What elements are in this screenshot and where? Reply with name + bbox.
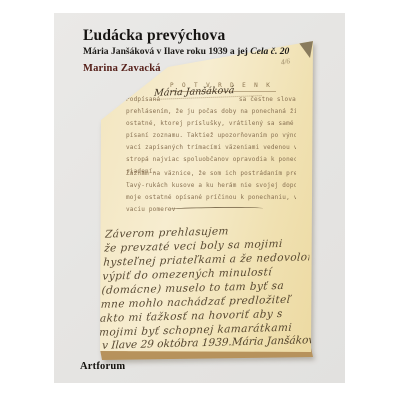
typed-paragraph-1: Podpísaná sa čestne slova prehlásením, ž… (126, 94, 296, 178)
book-subtitle: Mária Janšáková v Ilave roku 1939 a jej … (83, 46, 289, 57)
paper-sheet: 4/6 P O T V R D E N K A Podpísaná sa čes… (98, 39, 318, 369)
typed-line: Záznam na väznice, že som ich postrádaní… (126, 168, 296, 180)
typed-line: stropá najviac spoluobčanov opravodia k … (126, 154, 296, 166)
author-name: Marina Zavacká (83, 63, 161, 74)
typed-line: vací zapísaných trímacími väzeniami vede… (126, 142, 296, 154)
typed-line: písaní zoznamu. Taktiež upozorňovaním po… (126, 130, 296, 142)
handwritten-statement: Záverom prehlasujem že prevzaté veci bol… (99, 222, 312, 340)
book-cover-image: 4/6 P O T V R D E N K A Podpísaná sa čes… (0, 0, 400, 400)
typed-line: ostatné, ktorej príslušky, vrátilený sa … (126, 118, 296, 130)
cover-background: 4/6 P O T V R D E N K A Podpísaná sa čes… (54, 13, 345, 383)
handwritten-date: v Ilave 29 októbra 1939. (102, 336, 233, 351)
publisher-logo: Artforum (80, 361, 125, 372)
archival-document: 4/6 P O T V R D E N K A Podpísaná sa čes… (98, 39, 318, 369)
handwritten-signature: Mária Janšáková (231, 334, 320, 348)
subtitle-italic: Cela č. 20 (250, 46, 289, 57)
book-title: Ľudácka prevýchova (83, 27, 225, 45)
typed-line: prehlásením, že ju počas doby na ponecha… (126, 106, 296, 118)
typed-line: ľavý-rukách kusove a ku herám nie svojej… (126, 180, 296, 192)
typed-line: moje ostatné opísané príčinou k ponechan… (126, 192, 296, 204)
subtitle-plain: Mária Janšáková v Ilave roku 1939 a jej (83, 46, 250, 57)
pencil-corner-mark: 4/6 (280, 57, 290, 66)
